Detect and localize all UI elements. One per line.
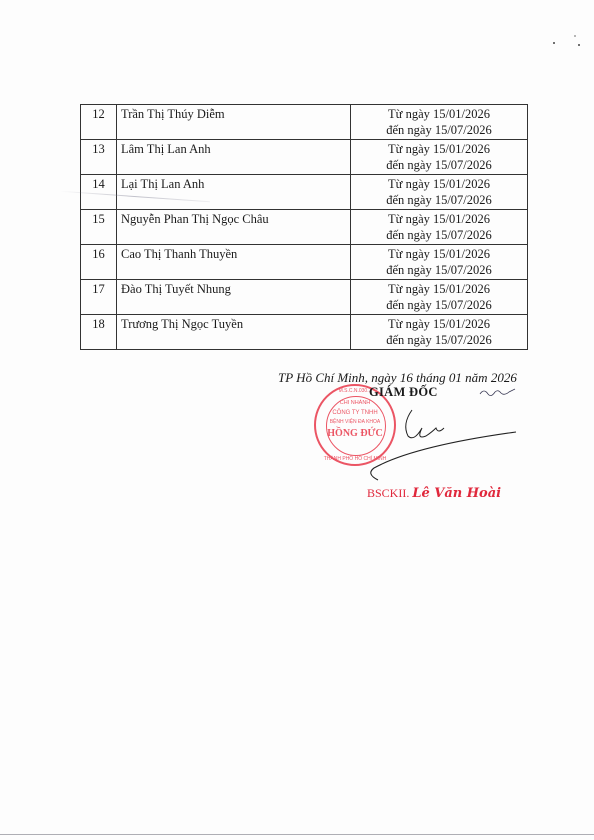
period-from: Từ ngày 15/01/2026	[355, 246, 523, 262]
handwritten-signature	[340, 380, 530, 490]
staff-name: Đào Thị Tuyết Nhung	[117, 280, 351, 315]
period-cell: Từ ngày 15/01/2026đến ngày 15/07/2026	[351, 280, 528, 315]
period-to: đến ngày 15/07/2026	[355, 192, 523, 208]
table-row: 12Trần Thị Thúy DiễmTừ ngày 15/01/2026đế…	[81, 105, 528, 140]
period-cell: Từ ngày 15/01/2026đến ngày 15/07/2026	[351, 105, 528, 140]
table-row: 17Đào Thị Tuyết NhungTừ ngày 15/01/2026đ…	[81, 280, 528, 315]
table-row: 15Nguyễn Phan Thị Ngọc ChâuTừ ngày 15/01…	[81, 210, 528, 245]
period-cell: Từ ngày 15/01/2026đến ngày 15/07/2026	[351, 175, 528, 210]
period-to: đến ngày 15/07/2026	[355, 227, 523, 243]
period-from: Từ ngày 15/01/2026	[355, 176, 523, 192]
staff-name: Trương Thị Ngọc Tuyền	[117, 315, 351, 350]
period-to: đến ngày 15/07/2026	[355, 332, 523, 348]
row-number: 15	[81, 210, 117, 245]
row-number: 16	[81, 245, 117, 280]
period-cell: Từ ngày 15/01/2026đến ngày 15/07/2026	[351, 245, 528, 280]
signer-degree: BSCKII.	[367, 486, 409, 500]
signer-name-block: BSCKII.Lê Văn Hoài	[367, 484, 501, 502]
staff-name: Lâm Thị Lan Anh	[117, 140, 351, 175]
row-number: 12	[81, 105, 117, 140]
staff-name: Cao Thị Thanh Thuyền	[117, 245, 351, 280]
period-from: Từ ngày 15/01/2026	[355, 316, 523, 332]
period-from: Từ ngày 15/01/2026	[355, 211, 523, 227]
staff-name: Trần Thị Thúy Diễm	[117, 105, 351, 140]
period-cell: Từ ngày 15/01/2026đến ngày 15/07/2026	[351, 315, 528, 350]
period-from: Từ ngày 15/01/2026	[355, 106, 523, 122]
row-number: 18	[81, 315, 117, 350]
period-cell: Từ ngày 15/01/2026đến ngày 15/07/2026	[351, 140, 528, 175]
staff-name: Lại Thị Lan Anh	[117, 175, 351, 210]
row-number: 13	[81, 140, 117, 175]
row-number: 17	[81, 280, 117, 315]
table-row: 13Lâm Thị Lan AnhTừ ngày 15/01/2026đến n…	[81, 140, 528, 175]
period-to: đến ngày 15/07/2026	[355, 262, 523, 278]
period-to: đến ngày 15/07/2026	[355, 122, 523, 138]
period-to: đến ngày 15/07/2026	[355, 157, 523, 173]
table-row: 16Cao Thị Thanh ThuyềnTừ ngày 15/01/2026…	[81, 245, 528, 280]
period-cell: Từ ngày 15/01/2026đến ngày 15/07/2026	[351, 210, 528, 245]
table-row: 18Trương Thị Ngọc TuyềnTừ ngày 15/01/202…	[81, 315, 528, 350]
table-row: 14Lại Thị Lan AnhTừ ngày 15/01/2026đến n…	[81, 175, 528, 210]
period-to: đến ngày 15/07/2026	[355, 297, 523, 313]
scan-bottom-edge	[0, 834, 594, 835]
staff-name: Nguyễn Phan Thị Ngọc Châu	[117, 210, 351, 245]
period-from: Từ ngày 15/01/2026	[355, 141, 523, 157]
staff-roster-table: 12Trần Thị Thúy DiễmTừ ngày 15/01/2026đế…	[80, 104, 528, 350]
period-from: Từ ngày 15/01/2026	[355, 281, 523, 297]
signer-name: Lê Văn Hoài	[412, 486, 501, 501]
scan-artifact-dots	[545, 30, 585, 50]
